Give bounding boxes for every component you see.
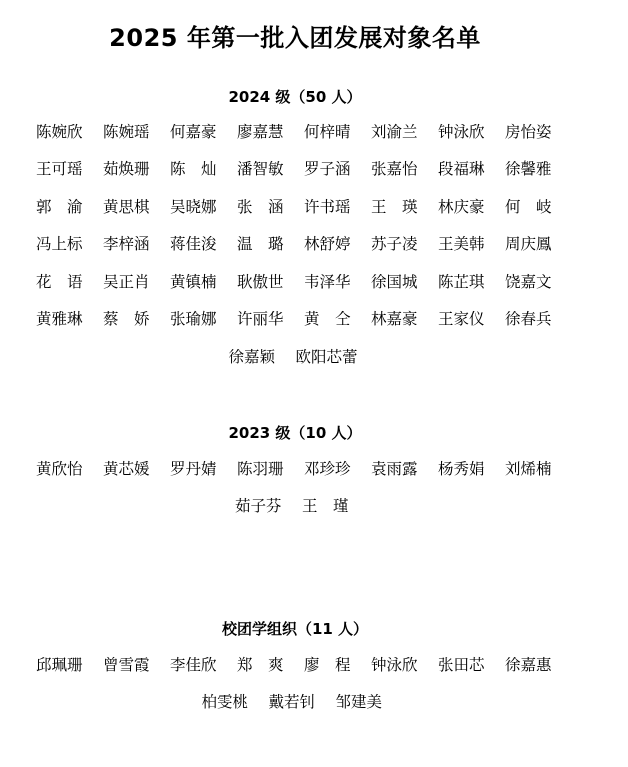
name-item: 张 涵 [237, 195, 304, 217]
names-list-2024: 陈婉欣 陈婉瑶 何嘉豪 廖嘉慧 何梓晴 刘渝兰 钟泳欣 房怡姿 王可瑶 茹焕珊 … [36, 112, 576, 375]
page-title: 2025 年第一批入团发展对象名单 [0, 18, 590, 53]
name-item: 黄雅琳 [36, 307, 103, 329]
name-row-last: 茹子芬 王 瑾 [36, 487, 576, 525]
name-item: 柏雯桃 [202, 690, 269, 712]
name-row-last: 徐嘉颖 欧阳芯蕾 [36, 337, 576, 375]
name-item: 罗丹婧 [170, 457, 237, 479]
section-header-2023: 2023 级（10 人） [0, 422, 590, 443]
name-item: 廖嘉慧 [237, 120, 304, 142]
name-item: 黄镇楠 [170, 270, 237, 292]
name-item: 陈婉瑶 [103, 120, 170, 142]
names-list-school-org: 邱珮珊 曾雪霞 李佳欣 郑 爽 廖 程 钟泳欣 张田芯 徐嘉惠 柏雯桃 戴若钊 … [36, 645, 576, 720]
name-row: 陈婉欣 陈婉瑶 何嘉豪 廖嘉慧 何梓晴 刘渝兰 钟泳欣 房怡姿 [36, 112, 576, 150]
name-item: 黄欣怡 [36, 457, 103, 479]
name-item: 蒋佳浚 [170, 232, 237, 254]
name-item: 徐嘉颖 [229, 345, 296, 367]
name-item: 潘智敏 [237, 157, 304, 179]
name-item: 温 璐 [237, 232, 304, 254]
name-item: 花 语 [36, 270, 103, 292]
name-item: 徐馨雅 [505, 157, 572, 179]
name-item: 邓珍珍 [304, 457, 371, 479]
name-item: 王可瑶 [36, 157, 103, 179]
name-item: 王美韩 [438, 232, 505, 254]
name-item: 李佳欣 [170, 653, 237, 675]
name-item: 徐嘉惠 [505, 653, 572, 675]
name-item: 徐春兵 [505, 307, 572, 329]
name-item: 戴若钊 [269, 690, 336, 712]
name-row-last: 柏雯桃 戴若钊 邹建美 [36, 683, 576, 721]
name-item: 杨秀娟 [438, 457, 505, 479]
name-item: 王家仪 [438, 307, 505, 329]
name-item: 林嘉豪 [371, 307, 438, 329]
name-item: 许丽华 [237, 307, 304, 329]
name-item: 许书瑶 [304, 195, 371, 217]
name-item: 邹建美 [336, 690, 403, 712]
name-row: 邱珮珊 曾雪霞 李佳欣 郑 爽 廖 程 钟泳欣 张田芯 徐嘉惠 [36, 645, 576, 683]
name-item: 苏子凌 [371, 232, 438, 254]
name-item: 吴正肖 [103, 270, 170, 292]
name-item: 郭 渝 [36, 195, 103, 217]
name-row: 黄雅琳 蔡 娇 张瑜娜 许丽华 黄 仝 林嘉豪 王家仪 徐春兵 [36, 300, 576, 338]
name-item: 蔡 娇 [103, 307, 170, 329]
name-item: 黄 仝 [304, 307, 371, 329]
name-item: 罗子涵 [304, 157, 371, 179]
name-item: 周庆鳳 [505, 232, 572, 254]
name-item: 段福琳 [438, 157, 505, 179]
name-item: 何 岐 [505, 195, 572, 217]
name-item: 陈 灿 [170, 157, 237, 179]
name-item: 张田芯 [438, 653, 505, 675]
section-header-school-org: 校团学组织（11 人） [0, 618, 590, 639]
name-item: 陈芷琪 [438, 270, 505, 292]
name-item: 曾雪霞 [103, 653, 170, 675]
name-item: 林舒婷 [304, 232, 371, 254]
name-item: 欧阳芯蕾 [296, 345, 376, 367]
name-row: 黄欣怡 黄芯媛 罗丹婧 陈羽珊 邓珍珍 袁雨露 杨秀娟 刘烯楠 [36, 449, 576, 487]
name-item: 黄芯媛 [103, 457, 170, 479]
name-item: 林庆豪 [438, 195, 505, 217]
name-item: 茹焕珊 [103, 157, 170, 179]
name-row: 冯上标 李梓涵 蒋佳浚 温 璐 林舒婷 苏子凌 王美韩 周庆鳳 [36, 225, 576, 263]
name-item: 王 瑾 [302, 494, 369, 516]
name-item: 耿傲世 [237, 270, 304, 292]
name-item: 韦泽华 [304, 270, 371, 292]
name-item: 刘渝兰 [371, 120, 438, 142]
names-list-2023: 黄欣怡 黄芯媛 罗丹婧 陈羽珊 邓珍珍 袁雨露 杨秀娟 刘烯楠 茹子芬 王 瑾 [36, 449, 576, 524]
name-item: 黄思棋 [103, 195, 170, 217]
name-item: 钟泳欣 [438, 120, 505, 142]
name-item: 王 瑛 [371, 195, 438, 217]
name-item: 钟泳欣 [371, 653, 438, 675]
name-item: 刘烯楠 [505, 457, 572, 479]
name-row: 王可瑶 茹焕珊 陈 灿 潘智敏 罗子涵 张嘉怡 段福琳 徐馨雅 [36, 150, 576, 188]
name-item: 李梓涵 [103, 232, 170, 254]
name-row: 花 语 吴正肖 黄镇楠 耿傲世 韦泽华 徐国城 陈芷琪 饶嘉文 [36, 262, 576, 300]
section-header-2024: 2024 级（50 人） [0, 86, 590, 107]
name-item: 何梓晴 [304, 120, 371, 142]
name-item: 何嘉豪 [170, 120, 237, 142]
name-item: 张嘉怡 [371, 157, 438, 179]
name-item: 徐国城 [371, 270, 438, 292]
name-item: 冯上标 [36, 232, 103, 254]
name-item: 袁雨露 [371, 457, 438, 479]
name-item: 郑 爽 [237, 653, 304, 675]
name-item: 饶嘉文 [505, 270, 572, 292]
name-item: 陈羽珊 [237, 457, 304, 479]
name-item: 房怡姿 [505, 120, 572, 142]
name-item: 张瑜娜 [170, 307, 237, 329]
name-item: 邱珮珊 [36, 653, 103, 675]
name-item: 廖 程 [304, 653, 371, 675]
name-row: 郭 渝 黄思棋 吴晓娜 张 涵 许书瑶 王 瑛 林庆豪 何 岐 [36, 187, 576, 225]
name-item: 吴晓娜 [170, 195, 237, 217]
name-item: 陈婉欣 [36, 120, 103, 142]
name-item: 茹子芬 [235, 494, 302, 516]
